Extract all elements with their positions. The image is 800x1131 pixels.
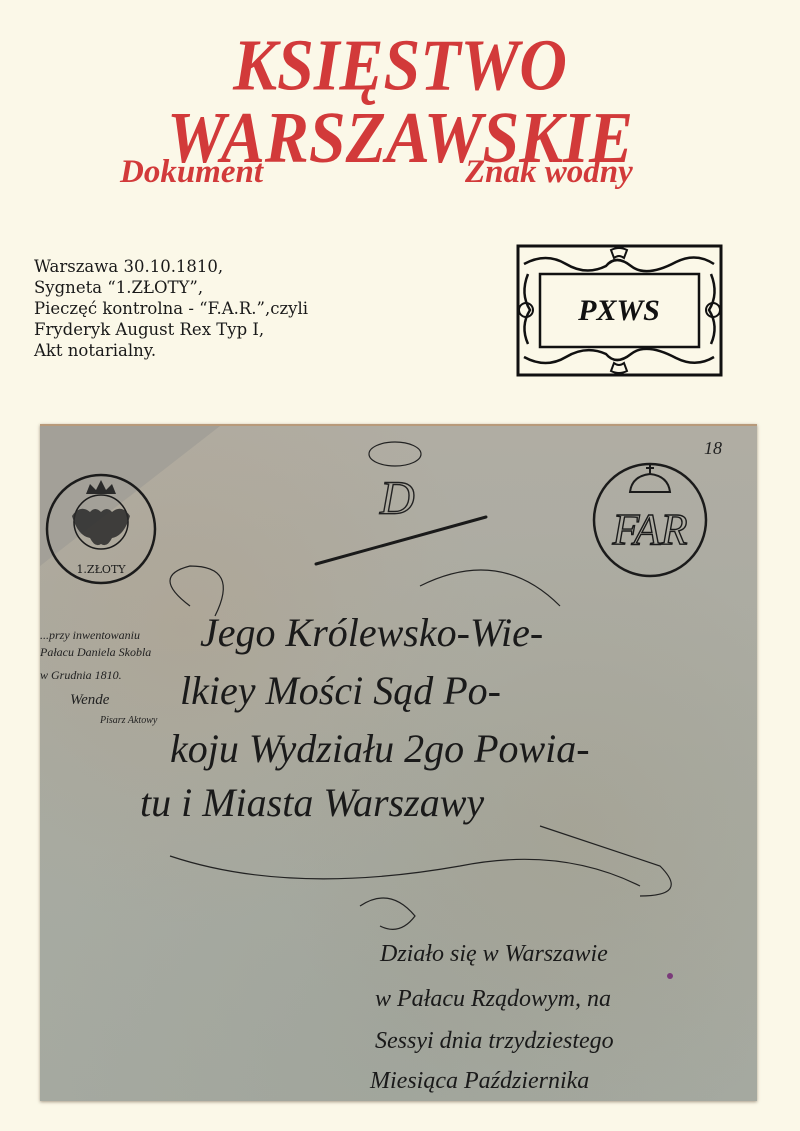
description-line: Akt notarialny. [34,340,308,361]
crowned-monogram-stamp-icon: FAR [594,464,706,576]
crowned-eagle-stamp-icon: 1.ZŁOTY [47,475,155,583]
subheading-document: Dokument [120,156,263,189]
svg-text:1.ZŁOTY: 1.ZŁOTY [76,563,126,576]
handwriting-line: Sessyi dnia trzydziestego [375,1028,614,1054]
margin-note-line: Pisarz Aktowy [99,715,158,726]
watermark-illustration: PXWS [516,244,723,377]
margin-note-line: Wende [70,692,110,708]
margin-note-line: w Grudnia 1810. [40,668,122,682]
handwriting-line: Jego Królewsko-Wie- [200,610,543,655]
description-block: Warszawa 30.10.1810, Sygneta “1.ZŁOTY”, … [34,256,308,361]
svg-text:D: D [379,472,415,525]
margin-note-line: Pałacu Daniela Skobla [40,645,151,659]
handwriting-line: lkiey Mości Sąd Po- [180,668,501,713]
description-line: Sygneta “1.ZŁOTY”, [34,277,308,298]
description-line: Fryderyk August Rex Typ I, [34,319,308,340]
historical-document-scan: 1.ZŁOTY FAR 18 D Jego Królewsko-Wie- lki… [40,424,757,1101]
svg-text:PXWS: PXWS [577,294,660,327]
description-line: Warszawa 30.10.1810, [34,256,308,277]
ornamental-frame-icon: PXWS [516,244,723,377]
handwriting-line: Działo się w Warszawie [379,941,608,967]
description-line: Pieczęć kontrolna - “F.A.R.”,czyli [34,298,308,319]
handwriting-line: tu i Miasta Warszawy [140,780,484,825]
svg-text:FAR: FAR [612,505,688,554]
svg-text:18: 18 [704,438,722,458]
handwriting-line: koju Wydziału 2go Powia- [170,726,590,771]
margin-note-line: ...przy inwentowaniu [40,628,140,642]
handwriting-line: w Pałacu Rządowym, na [375,986,611,1012]
handwriting-line: Miesiąca Października [369,1068,589,1094]
subheading-watermark: Znak wodny [465,156,633,189]
